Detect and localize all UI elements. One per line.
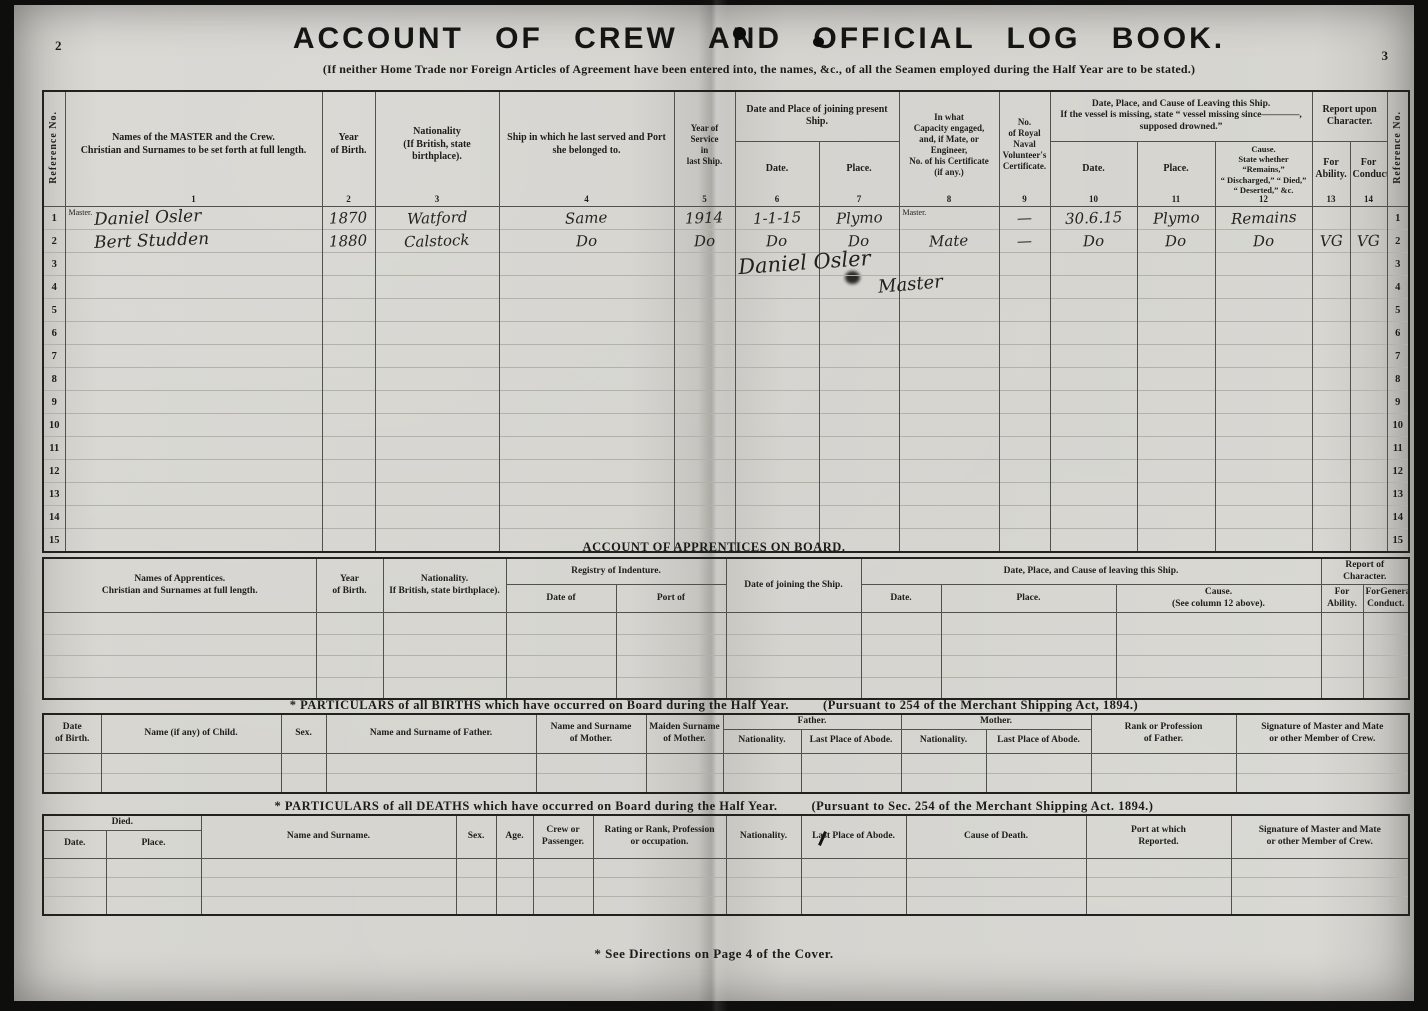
empty-cell <box>1350 276 1387 299</box>
col-rnvr-certificate: No. of Royal Naval Volunteer's Certifica… <box>999 91 1050 207</box>
empty-cell <box>861 613 941 635</box>
empty-cell <box>1350 207 1387 230</box>
empty-cell <box>1215 391 1312 414</box>
col-death-signature: Signature of Master and Mate or other Me… <box>1231 815 1409 858</box>
empty-cell <box>1215 414 1312 437</box>
empty-cell <box>316 613 383 635</box>
empty-cell <box>1312 322 1350 345</box>
deaths-table-body <box>43 858 1409 915</box>
handwritten-entry: 1914 <box>685 208 724 227</box>
entry-cell: Mate <box>899 230 999 253</box>
reference-number: 2 <box>1387 230 1409 253</box>
handwritten-entry: 30.6.15 <box>1065 208 1123 228</box>
empty-cell <box>674 414 735 437</box>
group-father: Father. <box>723 714 901 729</box>
empty-cell <box>674 506 735 529</box>
empty-cell <box>999 253 1050 276</box>
empty-cell <box>65 460 322 483</box>
empty-cell <box>43 677 316 699</box>
empty-cell <box>456 858 496 877</box>
col-child-name: Name (if any) of Child. <box>101 714 281 753</box>
table-row: 2Bert Studden1880CalstockDoDoDoDoMate—Do… <box>43 230 1409 253</box>
empty-cell <box>201 858 456 877</box>
empty-cell <box>899 253 999 276</box>
empty-cell <box>899 299 999 322</box>
handwritten-entry: Do <box>1083 231 1105 250</box>
col-died-place: Place. <box>106 830 201 858</box>
blank-row <box>43 753 1409 773</box>
ink-blot <box>733 27 746 40</box>
empty-cell <box>375 322 499 345</box>
handwritten-entry: Do <box>766 231 788 250</box>
empty-cell <box>1312 276 1350 299</box>
group-report-character: Report upon Character. <box>1312 91 1387 141</box>
empty-cell <box>375 253 499 276</box>
empty-cell <box>506 613 616 635</box>
empty-cell <box>65 437 322 460</box>
empty-cell <box>375 437 499 460</box>
empty-cell <box>1050 299 1137 322</box>
empty-cell <box>201 896 456 915</box>
entry-cell: Plymo <box>1137 207 1215 230</box>
col-apprentice-year: Year of Birth. <box>316 558 383 613</box>
empty-cell <box>1231 858 1409 877</box>
empty-cell <box>1050 437 1137 460</box>
blank-row <box>43 858 1409 877</box>
empty-cell <box>506 677 616 699</box>
empty-cell <box>1137 391 1215 414</box>
empty-cell <box>499 253 674 276</box>
empty-cell <box>375 414 499 437</box>
empty-cell <box>322 437 375 460</box>
empty-cell <box>1312 299 1350 322</box>
empty-cell <box>899 391 999 414</box>
empty-cell <box>1137 345 1215 368</box>
empty-cell <box>901 753 986 773</box>
empty-cell <box>674 368 735 391</box>
empty-cell <box>674 460 735 483</box>
empty-cell <box>65 299 322 322</box>
crew-table-body: 1Master.Daniel Osler1870WatfordSame19141… <box>43 207 1409 552</box>
col-birth-date: Date of Birth. <box>43 714 101 753</box>
col-father-name: Name and Surname of Father. <box>326 714 536 753</box>
empty-cell <box>281 753 326 773</box>
empty-cell <box>674 299 735 322</box>
group-joining-ship: Date and Place of joining present Ship. <box>735 91 899 141</box>
empty-cell <box>533 877 593 896</box>
apprentices-table: Names of Apprentices. Christian and Surn… <box>42 557 1410 700</box>
empty-cell <box>496 877 533 896</box>
empty-cell <box>1231 877 1409 896</box>
empty-cell <box>726 877 801 896</box>
footer-note: * See Directions on Page 4 of the Cover. <box>0 946 1428 962</box>
empty-cell <box>1363 613 1409 635</box>
col-father-abode: Last Place of Abode. <box>801 729 901 753</box>
empty-cell <box>1215 437 1312 460</box>
empty-cell <box>43 773 101 793</box>
entry-cell: Remains <box>1215 207 1312 230</box>
empty-cell <box>1215 276 1312 299</box>
empty-cell <box>101 753 281 773</box>
empty-cell <box>499 460 674 483</box>
table-row: 99 <box>43 391 1409 414</box>
reference-number: 1 <box>1387 207 1409 230</box>
empty-cell <box>322 368 375 391</box>
empty-cell <box>1312 207 1350 230</box>
empty-cell <box>1321 634 1363 656</box>
group-registry-indenture: Registry of Indenture. <box>506 558 726 585</box>
empty-cell <box>1091 753 1236 773</box>
empty-cell <box>1321 613 1363 635</box>
empty-cell <box>999 414 1050 437</box>
handwritten-entry: Do <box>848 231 870 250</box>
deaths-section-title: * PARTICULARS of all DEATHS which have o… <box>0 799 1428 814</box>
empty-cell <box>999 437 1050 460</box>
empty-cell <box>533 858 593 877</box>
table-row: 44 <box>43 276 1409 299</box>
empty-cell <box>906 858 1086 877</box>
empty-cell <box>1236 773 1409 793</box>
reference-number: 14 <box>1387 506 1409 529</box>
deaths-title-text: * PARTICULARS of all DEATHS which have o… <box>275 799 778 813</box>
col-death-name: Name and Surname. <box>201 815 456 858</box>
handwritten-entry: VG <box>1319 231 1342 250</box>
table-row: 1313 <box>43 483 1409 506</box>
empty-cell <box>735 322 819 345</box>
col-apprentice-leave-cause: Cause. (See column 12 above). <box>1116 585 1321 613</box>
empty-cell <box>735 414 819 437</box>
col-capacity: In what Capacity engaged, and, if Mate, … <box>899 91 999 207</box>
empty-cell <box>801 896 906 915</box>
handwritten-entry: 1870 <box>329 208 368 227</box>
col-mother-name: Name and Surname of Mother. <box>536 714 646 753</box>
births-table-body <box>43 753 1409 793</box>
reference-label: Reference No. <box>48 111 60 184</box>
table-row: 55 <box>43 299 1409 322</box>
empty-cell <box>646 773 723 793</box>
col-apprentice-leave-date: Date. <box>861 585 941 613</box>
empty-cell <box>499 299 674 322</box>
empty-cell <box>65 322 322 345</box>
empty-cell <box>819 437 899 460</box>
printed-master-label: Master. <box>69 208 93 217</box>
empty-cell <box>499 437 674 460</box>
col-apprentice-ability: For Ability. <box>1321 585 1363 613</box>
births-table: Date of Birth. Name (if any) of Child. S… <box>42 713 1410 794</box>
empty-cell <box>65 368 322 391</box>
empty-cell <box>65 345 322 368</box>
entry-cell: VG <box>1350 230 1387 253</box>
handwritten-entry: Do <box>1165 231 1187 250</box>
blank-row <box>43 613 1409 635</box>
empty-cell <box>383 677 506 699</box>
empty-cell <box>801 773 901 793</box>
col-for-ability: For Ability.13 <box>1312 141 1350 207</box>
empty-cell <box>819 368 899 391</box>
entry-cell: Do <box>735 230 819 253</box>
empty-cell <box>383 634 506 656</box>
empty-cell <box>801 877 906 896</box>
empty-cell <box>375 299 499 322</box>
empty-cell <box>316 656 383 678</box>
entry-cell: — <box>999 207 1050 230</box>
blank-row <box>43 634 1409 656</box>
empty-cell <box>999 506 1050 529</box>
reference-number: 10 <box>43 414 65 437</box>
empty-cell <box>1086 877 1231 896</box>
empty-cell <box>801 753 901 773</box>
empty-cell <box>106 858 201 877</box>
col-father-rank: Rank or Profession of Father. <box>1091 714 1236 753</box>
empty-cell <box>1137 322 1215 345</box>
col-join-place: Place.7 <box>819 141 899 207</box>
empty-cell <box>726 613 861 635</box>
col-apprentice-leave-place: Place. <box>941 585 1116 613</box>
entry-cell: Do <box>674 230 735 253</box>
empty-cell <box>674 345 735 368</box>
blank-row <box>43 656 1409 678</box>
empty-cell <box>899 437 999 460</box>
empty-cell <box>674 483 735 506</box>
empty-cell <box>322 253 375 276</box>
empty-cell <box>906 896 1086 915</box>
empty-cell <box>1137 437 1215 460</box>
empty-cell <box>674 322 735 345</box>
empty-cell <box>726 634 861 656</box>
empty-cell <box>674 437 735 460</box>
handwritten-entry: Calstock <box>404 231 470 251</box>
col-rating-rank: Rating or Rank, Profession or occupation… <box>593 815 726 858</box>
reference-number: 1 <box>43 207 65 230</box>
empty-cell <box>726 896 801 915</box>
entry-cell: 1-1-15 <box>735 207 819 230</box>
empty-cell <box>941 613 1116 635</box>
empty-cell <box>506 634 616 656</box>
col-death-abode: Last Place of Abode. <box>801 815 906 858</box>
reference-number: 6 <box>1387 322 1409 345</box>
empty-cell <box>735 368 819 391</box>
empty-cell <box>1137 368 1215 391</box>
handwritten-entry: — <box>1017 232 1033 251</box>
handwritten-entry: 1-1-15 <box>753 208 802 228</box>
empty-cell <box>456 896 496 915</box>
col-year-of-service: Year of Service in last Ship.5 <box>674 91 735 207</box>
empty-cell <box>941 677 1116 699</box>
empty-cell <box>499 322 674 345</box>
group-apprentice-leaving: Date, Place, and Cause of leaving this S… <box>861 558 1321 585</box>
empty-cell <box>65 414 322 437</box>
empty-cell <box>1137 276 1215 299</box>
empty-cell <box>1350 414 1387 437</box>
empty-cell <box>593 877 726 896</box>
empty-cell <box>861 677 941 699</box>
empty-cell <box>1116 677 1321 699</box>
reference-number: 11 <box>43 437 65 460</box>
apprentices-table-header: Names of Apprentices. Christian and Surn… <box>43 558 1409 613</box>
empty-cell <box>1215 483 1312 506</box>
empty-cell <box>819 483 899 506</box>
table-row: 1414 <box>43 506 1409 529</box>
reference-number: 7 <box>1387 345 1409 368</box>
empty-cell <box>1215 345 1312 368</box>
table-row: 1212 <box>43 460 1409 483</box>
empty-cell <box>43 753 101 773</box>
reference-number: 7 <box>43 345 65 368</box>
empty-cell: Master. <box>899 207 999 230</box>
handwritten-entry: Plymo <box>835 208 882 228</box>
reference-number: 3 <box>43 253 65 276</box>
empty-cell <box>1116 656 1321 678</box>
empty-cell <box>1050 391 1137 414</box>
empty-cell <box>1236 753 1409 773</box>
blank-row <box>43 877 1409 896</box>
births-table-header: Date of Birth. Name (if any) of Child. S… <box>43 714 1409 753</box>
blank-row <box>43 677 1409 699</box>
empty-cell <box>536 753 646 773</box>
handwritten-entry: Same <box>565 208 608 227</box>
empty-cell <box>1312 391 1350 414</box>
empty-cell <box>1312 253 1350 276</box>
empty-cell <box>496 858 533 877</box>
empty-cell <box>326 773 536 793</box>
empty-cell <box>1350 506 1387 529</box>
empty-cell <box>616 677 726 699</box>
empty-cell <box>723 773 801 793</box>
empty-cell <box>735 437 819 460</box>
empty-cell <box>43 877 106 896</box>
apprentices-section-title: ACCOUNT OF APPRENTICES ON BOARD. <box>0 540 1428 555</box>
entry-cell: VG <box>1312 230 1350 253</box>
empty-cell <box>1091 773 1236 793</box>
empty-cell <box>499 483 674 506</box>
entry-cell: 1880 <box>322 230 375 253</box>
entry-cell: Bert Studden <box>65 230 322 253</box>
empty-cell <box>1350 483 1387 506</box>
empty-cell <box>533 896 593 915</box>
deaths-table: Died. Name and Surname. Sex. Age. Crew o… <box>42 814 1410 916</box>
col-for-conduct: For Conduct14 <box>1350 141 1387 207</box>
empty-cell <box>723 753 801 773</box>
reference-number: 13 <box>43 483 65 506</box>
births-title-text: * PARTICULARS of all BIRTHS which have o… <box>290 698 789 712</box>
handwritten-entry: Remains <box>1230 208 1296 228</box>
empty-cell <box>999 368 1050 391</box>
empty-cell <box>999 299 1050 322</box>
col-father-nationality: Nationality. <box>723 729 801 753</box>
empty-cell <box>1086 858 1231 877</box>
table-row: 77 <box>43 345 1409 368</box>
empty-cell <box>735 483 819 506</box>
entry-cell: Do <box>819 230 899 253</box>
empty-cell <box>1086 896 1231 915</box>
empty-cell <box>375 483 499 506</box>
empty-cell <box>819 276 899 299</box>
entry-cell: Watford <box>375 207 499 230</box>
empty-cell <box>383 613 506 635</box>
empty-cell <box>1350 299 1387 322</box>
reference-number: 8 <box>1387 368 1409 391</box>
apprentices-table-body <box>43 613 1409 699</box>
empty-cell <box>819 253 899 276</box>
empty-cell <box>375 506 499 529</box>
empty-cell <box>281 773 326 793</box>
empty-cell <box>322 391 375 414</box>
empty-cell <box>726 677 861 699</box>
empty-cell <box>1215 253 1312 276</box>
entry-cell: — <box>999 230 1050 253</box>
empty-cell <box>106 896 201 915</box>
empty-cell <box>1215 322 1312 345</box>
empty-cell <box>43 613 316 635</box>
empty-cell <box>819 345 899 368</box>
empty-cell <box>819 299 899 322</box>
empty-cell <box>1350 322 1387 345</box>
empty-cell <box>1050 414 1137 437</box>
empty-cell <box>65 483 322 506</box>
empty-cell <box>726 656 861 678</box>
empty-cell <box>506 656 616 678</box>
entry-cell: Plymo <box>819 207 899 230</box>
empty-cell <box>383 656 506 678</box>
empty-cell <box>322 483 375 506</box>
empty-cell <box>1321 677 1363 699</box>
document-title: ACCOUNT OF CREW AND OFFICIAL LOG BOOK. <box>90 22 1428 56</box>
empty-cell <box>999 460 1050 483</box>
col-mother-abode: Last Place of Abode. <box>986 729 1091 753</box>
empty-cell <box>899 345 999 368</box>
reference-number: 5 <box>1387 299 1409 322</box>
handwritten-entry: Watford <box>406 208 467 228</box>
empty-cell <box>819 322 899 345</box>
reference-number: 9 <box>1387 391 1409 414</box>
empty-cell <box>65 276 322 299</box>
births-pursuant-text: (Pursuant to 254 of the Merchant Shippin… <box>823 698 1138 712</box>
empty-cell <box>1116 613 1321 635</box>
empty-cell <box>1350 368 1387 391</box>
printed-master-label: Master. <box>903 208 927 217</box>
empty-cell <box>375 368 499 391</box>
empty-cell <box>1050 483 1137 506</box>
empty-cell <box>375 391 499 414</box>
empty-cell <box>999 483 1050 506</box>
empty-cell <box>1050 276 1137 299</box>
empty-cell <box>322 460 375 483</box>
empty-cell <box>801 858 906 877</box>
empty-cell <box>899 460 999 483</box>
group-apprentice-report: Report of Character. <box>1321 558 1409 585</box>
col-leave-cause: Cause. State whether “Remains,” “ Discha… <box>1215 141 1312 207</box>
col-crew-or-passenger: Crew or Passenger. <box>533 815 593 858</box>
empty-cell <box>316 634 383 656</box>
blank-row <box>43 896 1409 915</box>
scanned-log-book-page: { "page": { "left_page_number": "2", "ri… <box>0 0 1428 1011</box>
ink-blot <box>813 37 824 47</box>
reference-number: 8 <box>43 368 65 391</box>
empty-cell <box>1116 634 1321 656</box>
deaths-pursuant-text: (Pursuant to Sec. 254 of the Merchant Sh… <box>811 799 1153 813</box>
entry-cell: Do <box>1137 230 1215 253</box>
blank-row <box>43 773 1409 793</box>
empty-cell <box>1363 634 1409 656</box>
empty-cell <box>999 391 1050 414</box>
empty-cell <box>735 460 819 483</box>
col-last-ship: Ship in which he last served and Port sh… <box>499 91 674 207</box>
empty-cell <box>735 345 819 368</box>
empty-cell <box>861 656 941 678</box>
crew-table-header: Reference No. Names of the MASTER and th… <box>43 91 1409 207</box>
reference-number: 2 <box>43 230 65 253</box>
entry-cell: Do <box>1050 230 1137 253</box>
